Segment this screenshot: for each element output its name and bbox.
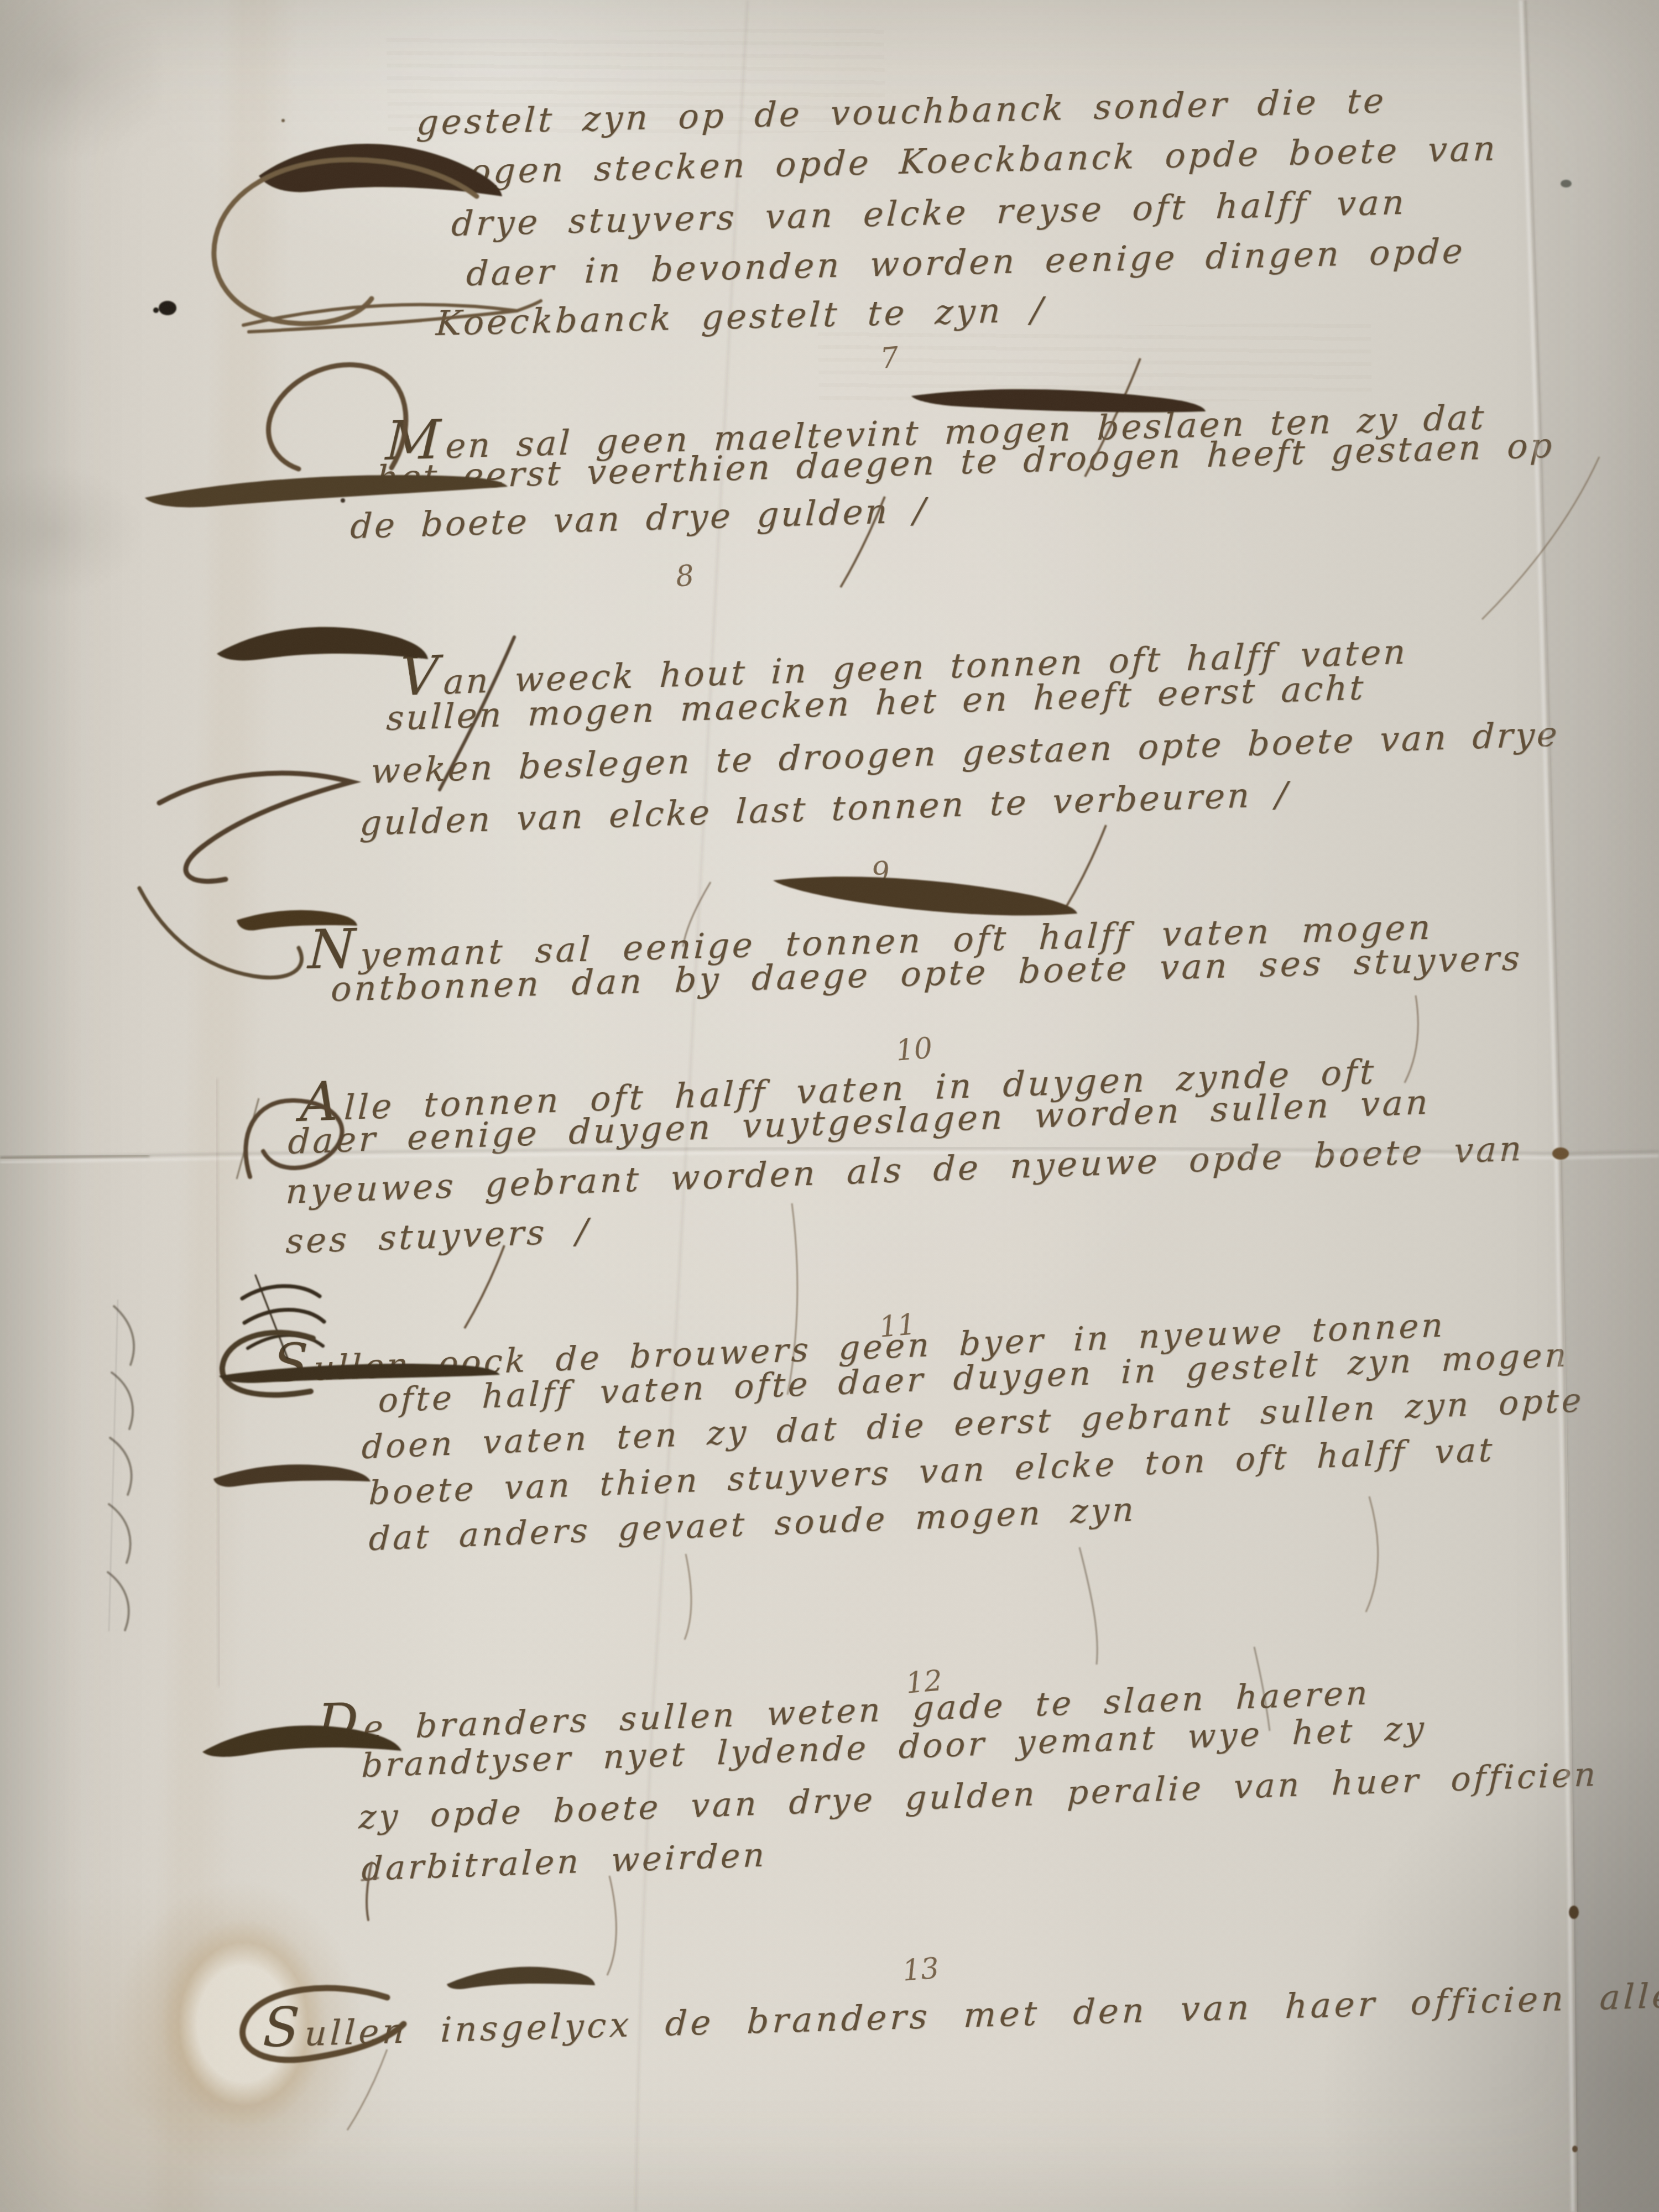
paragraph-number: 9 — [870, 855, 891, 890]
descender-hairline — [607, 1876, 616, 1975]
descender-hairline — [685, 1554, 691, 1640]
manuscript-photo: gestelt zyn op de vouchbanck sonder die … — [0, 0, 1659, 2212]
calligraphic-tail — [139, 888, 302, 978]
diagonal-hairline — [237, 1098, 259, 1179]
margin-hairline — [109, 1300, 118, 1631]
manuscript-line: darbitralen weirden — [361, 1835, 768, 1888]
descender-hairline — [1366, 1496, 1378, 1612]
margin-bracket-marks — [108, 1306, 134, 1630]
wormhole-stain — [1552, 1147, 1569, 1160]
descender-hairline — [1065, 825, 1106, 910]
descender-hairline — [347, 2049, 387, 2130]
fold-crease-vertical-right — [1521, 0, 1659, 2212]
descender-hairline — [1405, 995, 1418, 1083]
paragraph-number: 7 — [879, 341, 900, 376]
manuscript-line: Sullen insgelycx de branders met den van… — [262, 1958, 1659, 2060]
paragraph-number: 8 — [674, 559, 695, 594]
edge-stain-dot — [1561, 180, 1572, 187]
edge-stain-dot — [1569, 1906, 1579, 1919]
descender-hairline — [465, 1245, 504, 1328]
edge-stain-dot — [1572, 2146, 1578, 2152]
manuscript-line: de boete van drye gulden / — [349, 490, 928, 546]
calligraphic-swash — [213, 1464, 371, 1487]
ink-blot — [159, 301, 176, 315]
ascender-hairline — [1079, 1547, 1097, 1665]
manuscript-line: drye stuyvers van elcke reyse oft halff … — [451, 182, 1408, 244]
calligraphic-loop — [159, 773, 352, 881]
manuscript-line: ses stuyvers / — [285, 1211, 591, 1261]
ink-speck — [281, 119, 285, 122]
calligraphic-swash — [447, 1967, 595, 1989]
calligraphic-swash — [217, 627, 428, 661]
descender-hairline — [1482, 457, 1599, 619]
ink-blot — [153, 307, 159, 313]
fold-crease-vertical-left — [217, 1078, 220, 1687]
ink-speck — [341, 498, 345, 503]
